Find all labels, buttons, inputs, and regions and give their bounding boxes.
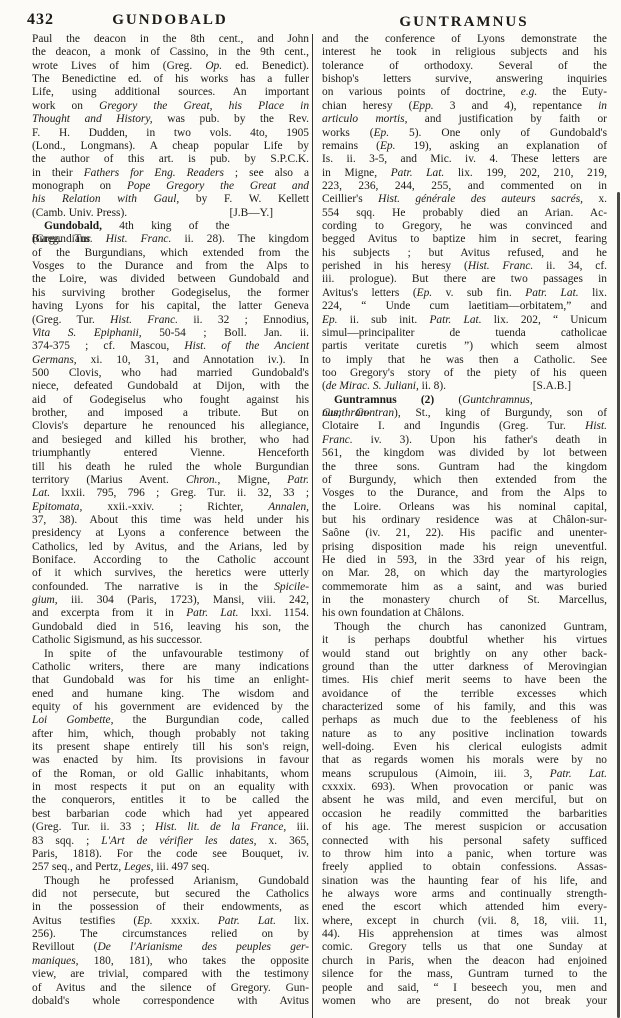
text-line: nature as to any positive inclination to… bbox=[322, 728, 607, 741]
text-line: Catholic writers, there are many indicat… bbox=[32, 661, 309, 674]
text-line: church in Paris, when the deacon had enj… bbox=[322, 955, 607, 968]
text-line: perished in his heresy (Hist. Franc. ii.… bbox=[322, 260, 607, 273]
text-line: Revillout (De l'Arianisme des peuples ge… bbox=[32, 941, 309, 954]
text-line: 500 Clovis, who had married Gundobald's bbox=[32, 367, 309, 380]
text-line: till his death he ruled the whole Burgun… bbox=[32, 461, 309, 474]
text-line: Vosges to the Durance, and from the Alps… bbox=[322, 487, 607, 500]
text-line: begged Avitus to baptize him in secret, … bbox=[322, 233, 607, 246]
text-line: times. His chief merit seems to have bee… bbox=[322, 674, 607, 687]
text-line: well-doing. Even his clerical eulogists … bbox=[322, 741, 607, 754]
column-divider bbox=[312, 34, 313, 1018]
text-line: Life, using additional sources. An impor… bbox=[32, 86, 309, 99]
text-line: territory (Marius Avent. Chron., Migne, … bbox=[32, 474, 309, 487]
text-line: chian heresy (Epp. 3 and 4), repentance … bbox=[322, 100, 607, 113]
text-line: dobald's whole correspondence with Avitu… bbox=[32, 995, 309, 1008]
text-line: did not persecute, but secured the Catho… bbox=[32, 888, 309, 901]
text-line: was enacted by him. Its provisions in fa… bbox=[32, 754, 309, 767]
text-line: freely applied to obtain confessions. As… bbox=[322, 861, 607, 874]
text-line: after him, which, though probably not ta… bbox=[32, 728, 309, 741]
text-line: ened the escort which attended him every… bbox=[322, 901, 607, 914]
author-attribution: [J.B—Y.] bbox=[230, 207, 273, 220]
text-line: (Greg. Tur. Hist. Franc. ii. 32 ; Ennodi… bbox=[32, 314, 309, 327]
text-line: 257 seq., and Pertz, Leges, iii. 497 seq… bbox=[32, 861, 309, 874]
text-line: 374-375 ; cf. Mascou, Hist. of the Ancie… bbox=[32, 340, 309, 353]
text-line: remains (Ep. 19), asking an explanation … bbox=[322, 140, 607, 153]
text-line: 256). The circumstances relied on by bbox=[32, 928, 309, 941]
text-line: of the Roman, or old Gallic inhabitants,… bbox=[32, 768, 309, 781]
text-line: 44). His apprehension at times was almos… bbox=[322, 928, 607, 941]
text-line: of his age. The merest suspicion or accu… bbox=[322, 821, 607, 834]
text-line: The Benedictine ed. of his works has a f… bbox=[32, 73, 309, 86]
text-line: would stand out brightly on any other ba… bbox=[322, 648, 607, 661]
text-line: on Mar. 28, on which day the martyrologi… bbox=[322, 567, 607, 580]
text-line: Ceillier's Hist. générale des auteurs sa… bbox=[322, 193, 607, 206]
text-line: and excerpta from it in Patr. Lat. lxxi.… bbox=[32, 607, 309, 620]
text-line: 37, 38). About this time was held under … bbox=[32, 514, 309, 527]
text-line: Gundobald, 4th king of the Burgundians bbox=[32, 220, 309, 233]
text-line: work on Gregory the Great, his Place in bbox=[32, 100, 309, 113]
text-line: nus, Gontran), St., king of Burgundy, so… bbox=[322, 407, 607, 420]
text-line: the conquerors, entitles it to be called… bbox=[32, 794, 309, 807]
text-line: Paul the deacon in the 8th cent., and Jo… bbox=[32, 33, 309, 46]
text-line: where, except in church (vii. 8, 18, vii… bbox=[322, 915, 607, 928]
text-line: Though the church has canonized Guntram, bbox=[322, 621, 607, 634]
text-line: characterized some of his family, and th… bbox=[322, 701, 607, 714]
text-line: Is. ii. 3-5, and Mic. iv. 4. These lette… bbox=[322, 153, 607, 166]
text-line: best barbarian code which had yet appear… bbox=[32, 808, 309, 821]
text-line: its present shape entirely till his son'… bbox=[32, 741, 309, 754]
text-line: ened and humane king. The wisdom and bbox=[32, 688, 309, 701]
text-line: too Gregory's story of the piety of his … bbox=[322, 367, 607, 380]
text-line: interest he took in religious subjects a… bbox=[322, 46, 607, 59]
text-line: Thought and History, was pub. by the Rev… bbox=[32, 113, 309, 126]
text-line: (de Mirac. S. Juliani, ii. 8).[S.A.B.] bbox=[322, 380, 607, 393]
text-line: 561, the kingdom was divided by lot betw… bbox=[322, 447, 607, 460]
text-line: cording to Gregory, he was convinced and bbox=[322, 220, 607, 233]
text-line: (Camb. Univ. Press).[J.B—Y.] bbox=[32, 207, 309, 220]
text-line: of it which survives, the heretics were … bbox=[32, 567, 309, 580]
text-line: and besieged and killed his brother, who… bbox=[32, 434, 309, 447]
text-line: occasion he readily committed the barbar… bbox=[322, 808, 607, 821]
column-left: Paul the deacon in the 8th cent., and Jo… bbox=[32, 33, 309, 1008]
text-line: his Relation with Gaul, by F. W. Kellett bbox=[32, 193, 309, 206]
text-line: Avitus's letters (Ep. v. sub fin. Patr. … bbox=[322, 287, 607, 300]
text-line: to throw him into a panic, when torture … bbox=[322, 848, 607, 861]
text-line: that as regards women his morals were by… bbox=[322, 754, 607, 767]
text-line: Germans, xi. 10, 31, and Annotation iv.)… bbox=[32, 354, 309, 367]
text-line: Franc. iv. 3). Upon his father's death i… bbox=[322, 434, 607, 447]
text-line: articulo mortis, and justification by fa… bbox=[322, 113, 607, 126]
text-line: (Lond., Longmans). A cheap popular Life … bbox=[32, 140, 309, 153]
entry-headword: Guntramnus (2) bbox=[334, 394, 434, 406]
text-line: of the Burgundians, which extended from … bbox=[32, 247, 309, 260]
text-line: bishop's letters survive, answering inqu… bbox=[322, 73, 607, 86]
text-line: Vita S. Epiphanii, 50-54 ; Boll. Jan. ii… bbox=[32, 327, 309, 340]
text-line: but his ordinary residence was at Châlon… bbox=[322, 514, 607, 527]
text-line: his subjects ; but Avitus refused, and h… bbox=[322, 247, 607, 260]
text-line: cxxxix. 693). When provocation or panic … bbox=[322, 781, 607, 794]
text-line: the deacon, a monk of Cassino, in the 9t… bbox=[32, 46, 309, 59]
text-line: people and said, “ I beseech you, men an… bbox=[322, 982, 607, 995]
running-head-right-title: GUNTRAMNUS bbox=[322, 14, 606, 31]
text-line: perhaps as much due to the feebleness of… bbox=[322, 714, 607, 727]
text-line: triumphantly entered Vienne. Henceforth bbox=[32, 447, 309, 460]
scan-edge-artifact bbox=[617, 192, 620, 1018]
text-line: wrote Lives of him (Greg. Op. ed. Benedi… bbox=[32, 60, 309, 73]
text-line: it is perhaps doubtful whether his virtu… bbox=[322, 634, 607, 647]
text-line: In spite of the unfavourable testimony o… bbox=[32, 648, 309, 661]
text-line: brother, and imposed a tribute. But on bbox=[32, 407, 309, 420]
text-line: he always wore arms and continually stre… bbox=[322, 888, 607, 901]
text-line: ground than the utter darkness of Merovi… bbox=[322, 661, 607, 674]
text-line: silence for the mass, Guntram turned to … bbox=[322, 968, 607, 981]
text-line: his own foundation at Châlons. bbox=[322, 607, 607, 620]
text-line: partis veritate curetis ”) which seem al… bbox=[322, 340, 607, 353]
text-line: 224, “ Unde cum laetitiam—orbitatem,” an… bbox=[322, 300, 607, 313]
text-line: gium, iii. 304 (Paris, 1723), Mansi, vii… bbox=[32, 594, 309, 607]
text-line: prising disposition made his reign uneve… bbox=[322, 541, 607, 554]
text-line: niece, defeated Gundobald at Dijon, with… bbox=[32, 380, 309, 393]
running-head-left-title: GUNDOBALD bbox=[32, 12, 308, 29]
running-head: 432 GUNDOBALD GUNTRAMNUS bbox=[0, 11, 621, 33]
text-line: having Lyons for his capital, the latter… bbox=[32, 300, 309, 313]
text-line: Paris, 1818). For the code see Bouquet, … bbox=[32, 848, 309, 861]
text-line: that Gundobald was for his time an enlig… bbox=[32, 674, 309, 687]
text-line: the Loire. Orleans was his nominal capit… bbox=[322, 501, 607, 514]
text-line: his surviving brother Godegiselus, the f… bbox=[32, 287, 309, 300]
text-line: Gundobald died in 516, leaving his son, … bbox=[32, 621, 309, 634]
text-line: Saône (iv. 21, 22). His pacific and unen… bbox=[322, 527, 607, 540]
text-line: Boniface. According to the Catholic acco… bbox=[32, 554, 309, 567]
text-line: Catholics, led by Avitus, and the Arians… bbox=[32, 541, 309, 554]
text-line: on various points of doctrine, e.g. the … bbox=[322, 86, 607, 99]
text-line: comic. Gregory tells us that one Sunday … bbox=[322, 941, 607, 954]
text-line: to imply that he was then a Catholic. Se… bbox=[322, 354, 607, 367]
text-line: presidency at Lyons a conference between… bbox=[32, 527, 309, 540]
text-line: (Greg. Tur. ii. 33 ; Hist. lit. de la Fr… bbox=[32, 821, 309, 834]
text-line: in the monastery church of St. Marcellus… bbox=[322, 594, 607, 607]
text-line: connected with his personal safety suffi… bbox=[322, 835, 607, 848]
text-line: iii. prologue). But there are two passag… bbox=[322, 273, 607, 286]
text-line: confounded. The narrative is in the Spic… bbox=[32, 581, 309, 594]
text-line: tolerance of orthodoxy. Several of the bbox=[322, 60, 607, 73]
text-line: view, are trivial, compared with the tes… bbox=[32, 968, 309, 981]
text-line: monograph on Pope Gregory the Great and bbox=[32, 180, 309, 193]
text-line: Vosges to the Durance and from the Alps … bbox=[32, 260, 309, 273]
text-line: women who are present, do not break your bbox=[322, 995, 607, 1008]
text-line: 83 sqq. ; L'Art de vérifier les dates, x… bbox=[32, 835, 309, 848]
text-line: means scrupulous (Aimoin, iii. 3, Patr. … bbox=[322, 768, 607, 781]
text-line: Guntramnus (2) (Guntchramnus, Gunthran- bbox=[322, 394, 607, 407]
text-line: works (Ep. 5). One only of Gundobald's bbox=[322, 127, 607, 140]
text-line: (Greg. Tur. Hist. Franc. ii. 28). The ki… bbox=[32, 233, 309, 246]
text-line: the Loire, was divided between Gundobald… bbox=[32, 273, 309, 286]
text-line: the three sons. Guntram had the kingdom bbox=[322, 461, 607, 474]
text-line: in the possession of their endowments, a… bbox=[32, 901, 309, 914]
book-page: { "header": { "page_number": "432", "lef… bbox=[0, 0, 621, 1018]
text-line: Catholic Sigismund, as his successor. bbox=[32, 634, 309, 647]
entry-headword: Gundobald, bbox=[44, 220, 102, 232]
text-line: 223, 236, 244, 255, and commented on in bbox=[322, 180, 607, 193]
text-line: of Avitus and the silence of Gregory. Gu… bbox=[32, 982, 309, 995]
text-line: He died in 593, in the 33rd year of his … bbox=[322, 554, 607, 567]
text-line: sination was the haunting fear of his li… bbox=[322, 875, 607, 888]
text-line: maniques, 180, 181), who takes the oppos… bbox=[32, 955, 309, 968]
author-attribution: [S.A.B.] bbox=[533, 380, 571, 393]
text-line: commemorate him as a saint, and was buri… bbox=[322, 581, 607, 594]
text-line: of Burgundy, which then extended from th… bbox=[322, 474, 607, 487]
text-line: absent he was mild, and even merciful, b… bbox=[322, 794, 607, 807]
text-line: Clotaire I. and Ingundis (Greg. Tur. His… bbox=[322, 420, 607, 433]
text-line: aid of Godegiselus who fought against hi… bbox=[32, 394, 309, 407]
text-line: the author of this art. is pub. by S.P.C… bbox=[32, 153, 309, 166]
text-line: Clovis's departure he renounced his alle… bbox=[32, 420, 309, 433]
text-line: in Migne, Patr. Lat. lix. 199, 202, 210,… bbox=[322, 167, 607, 180]
text-line: Though he professed Arianism, Gundobald bbox=[32, 875, 309, 888]
text-line: Ep. ii. sub init. Patr. Lat. lix. 202, “… bbox=[322, 314, 607, 327]
text-line: avoidance of the terrible excesses which bbox=[322, 688, 607, 701]
text-line: equity of his government are evidenced b… bbox=[32, 701, 309, 714]
text-line: Lat. lxxii. 795, 796 ; Greg. Tur. ii. 32… bbox=[32, 487, 309, 500]
text-line: in their Fathers for Eng. Readers ; see … bbox=[32, 167, 309, 180]
text-line: simul—principaliter de tuenda catholicae bbox=[322, 327, 607, 340]
text-line: F. H. Dudden, in two vols. 4to, 1905 bbox=[32, 127, 309, 140]
text-line: 554 sqq. He probably died an Arian. Ac- bbox=[322, 207, 607, 220]
text-line: and the conference of Lyons demonstrate … bbox=[322, 33, 607, 46]
text-line: in most respects it put on an equality w… bbox=[32, 781, 309, 794]
text-line: Avitus testifies (Ep. xxxix. Patr. Lat. … bbox=[32, 915, 309, 928]
text-line: Epitomata, xxii.-xxiv. ; Richter, Annale… bbox=[32, 501, 309, 514]
column-right: and the conference of Lyons demonstrate … bbox=[322, 33, 607, 1008]
text-line: Loi Gombette, the Burgundian code, calle… bbox=[32, 714, 309, 727]
